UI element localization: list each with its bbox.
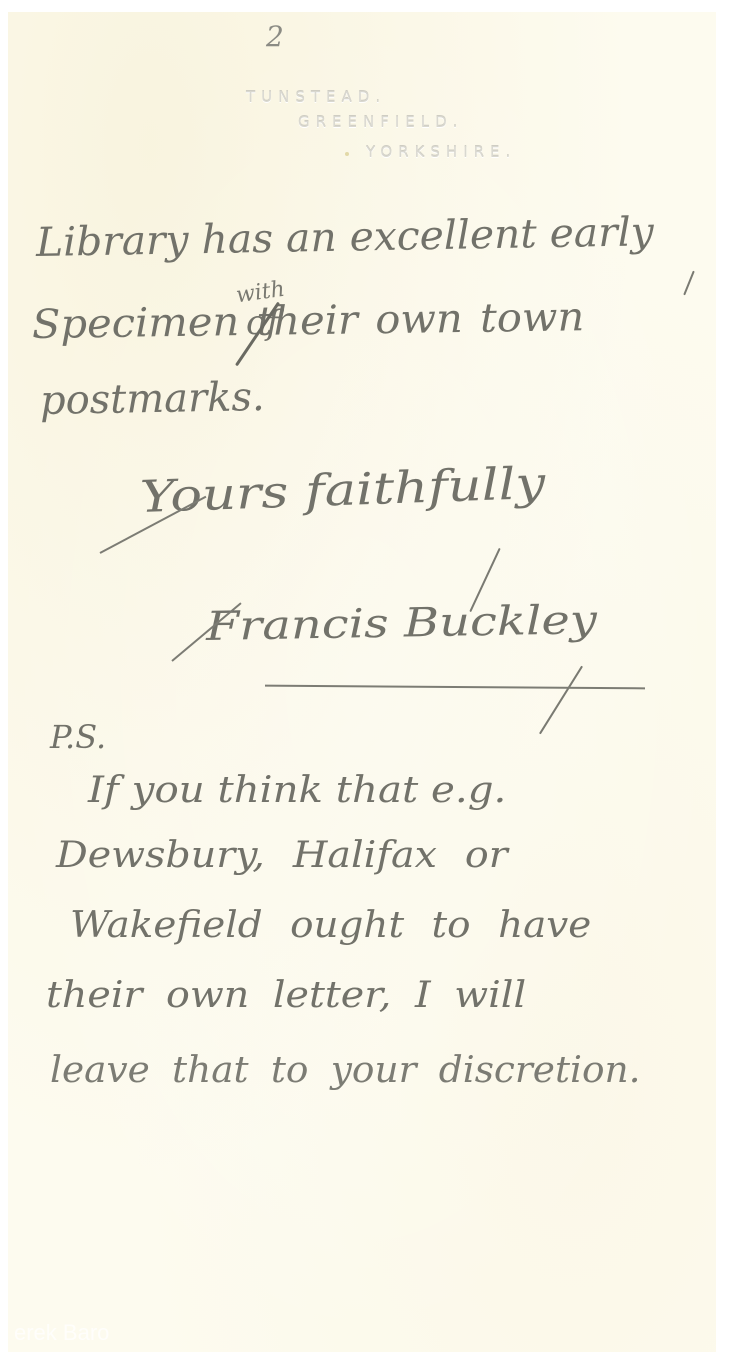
postscript-label: P.S. [50,718,106,756]
postscript-line-4: their own letter, I will [46,975,526,1016]
letterhead-line-1: TUNSTEAD. [246,88,386,106]
postscript-line-5: leave that to your discretion. [50,1050,641,1091]
letterhead-dot [345,152,349,156]
letterhead-line-2: GREENFIELD. [298,113,463,131]
letterhead-line-3: YORKSHIRE. [366,143,516,161]
body-line-3: postmarks. [40,374,265,424]
watermark-text: erek Baro [14,1320,109,1346]
signature: Francis Buckley [206,597,598,650]
page-number: 2 [266,20,284,53]
postscript-line-2: Dewsbury, Halifax or [56,835,508,876]
body-line-2: Specimen their own town [32,294,585,348]
postscript-line-3: Wakefield ought to have [70,905,591,946]
postscript-line-1: If you think that e.g. [88,770,506,811]
